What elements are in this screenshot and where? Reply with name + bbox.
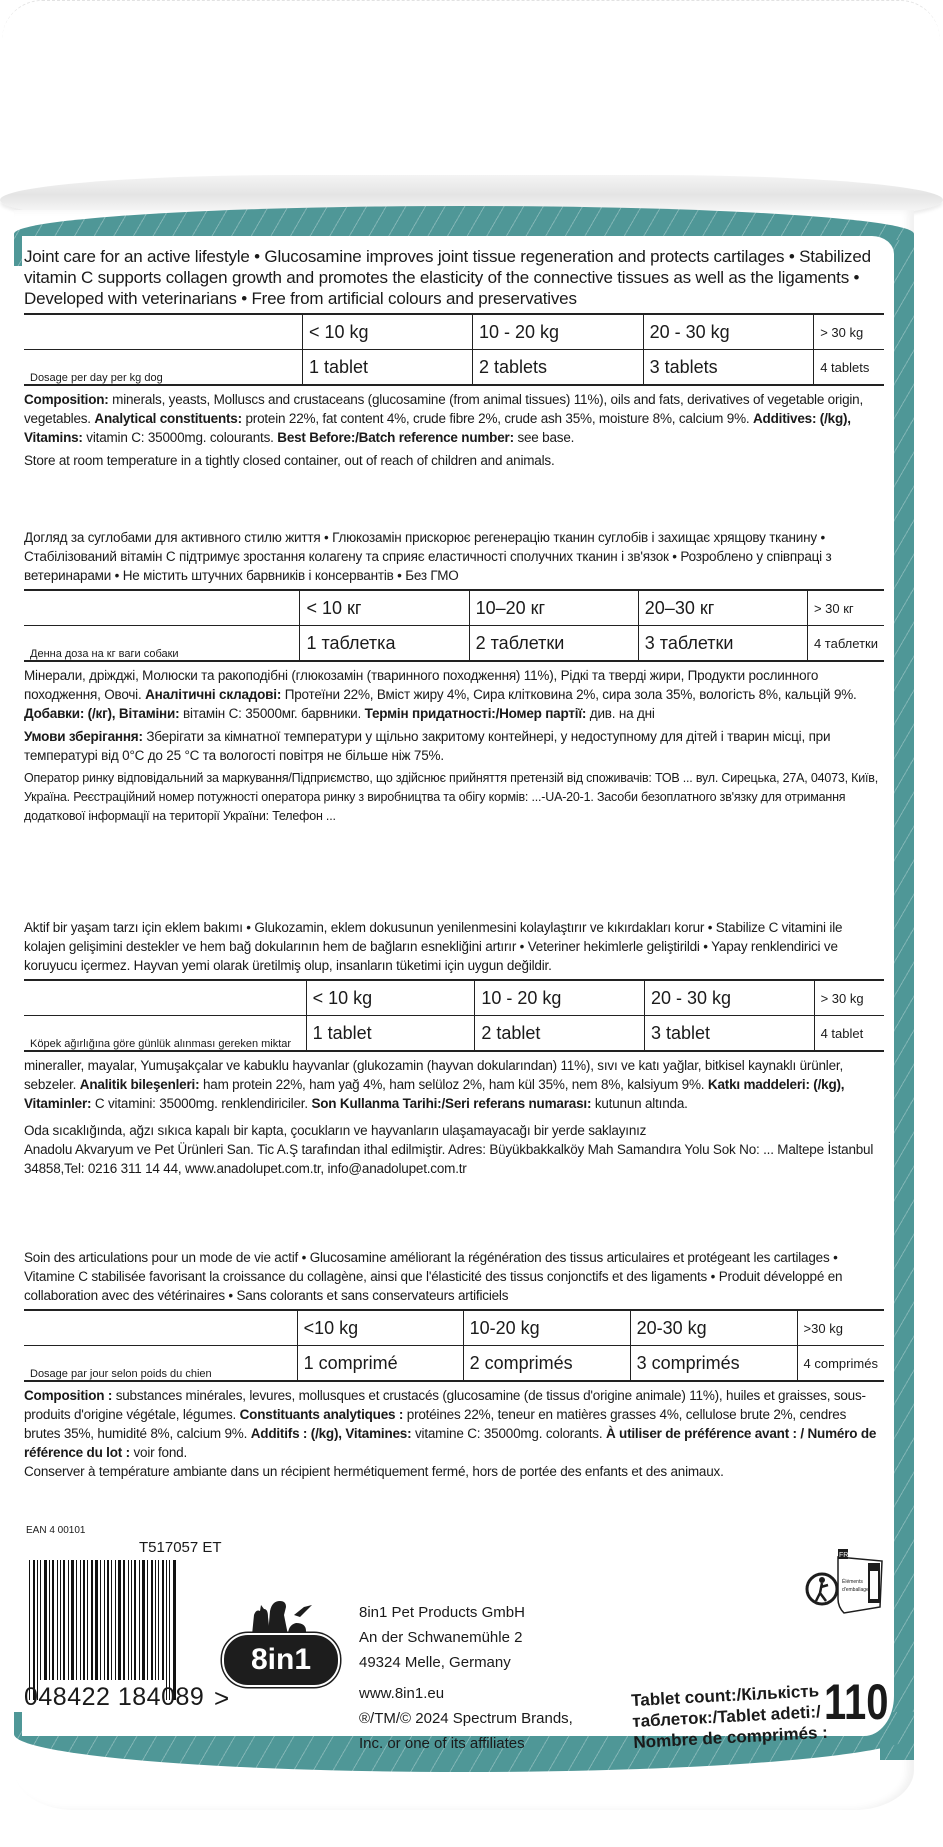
ean-label: EAN 4 00101	[26, 1525, 86, 1536]
table-row: <10 kg 10-20 kg 20-30 kg >30 kg	[24, 1310, 884, 1346]
svg-text:Éléments: Éléments	[842, 1578, 863, 1585]
ukrainian-operator: Оператор ринку відповідальний за маркува…	[24, 769, 884, 826]
table-row: Dosage par jour selon poids du chien 1 c…	[24, 1346, 884, 1382]
table-row: Dosage per day per kg dog 1 tablet 2 tab…	[24, 350, 884, 386]
french-intro: Soin des articulations pour un mode de v…	[24, 1248, 884, 1305]
barcode-arrow-icon: >	[214, 1683, 229, 1714]
french-composition: Composition : substances minérales, levu…	[24, 1386, 884, 1462]
website-link: www.8in1.eu	[359, 1681, 573, 1706]
turkish-dosage-table: < 10 kg 10 - 20 kg 20 - 30 kg > 30 kg Kö…	[24, 979, 884, 1052]
section-ukrainian: Догляд за суглобами для активного стилю …	[24, 528, 884, 826]
section-turkish: Aktif bir yaşam tarzı için eklem bakımı …	[24, 918, 884, 1178]
english-intro: Joint care for an active lifestyle • Glu…	[24, 246, 884, 309]
brand-logo: 8in1	[222, 1597, 340, 1687]
turkish-intro: Aktif bir yaşam tarzı için eklem bakımı …	[24, 918, 884, 975]
table-row: < 10 кг 10–20 кг 20–30 кг > 30 кг	[24, 590, 884, 626]
section-english: Joint care for an active lifestyle • Glu…	[24, 246, 884, 470]
ukrainian-intro: Догляд за суглобами для активного стилю …	[24, 528, 884, 585]
french-storage: Conserver à température ambiante dans un…	[24, 1462, 884, 1481]
ukrainian-composition: Мінерали, дріжджі, Молюски та ракоподібн…	[24, 666, 884, 723]
pets-silhouette-icon	[248, 1597, 314, 1635]
triman-recycling-icon: FR Éléments d'emballage	[804, 1547, 886, 1617]
table-row: < 10 kg 10 - 20 kg 20 - 30 kg > 30 kg	[24, 980, 884, 1016]
english-dosage-table: < 10 kg 10 - 20 kg 20 - 30 kg > 30 kg Do…	[24, 313, 884, 386]
turkish-storage: Oda sıcaklığında, ağzı sıkıca kapalı bir…	[24, 1121, 884, 1140]
lot-code: T517057 ET	[139, 1539, 222, 1556]
table-row: Köpek ağırlığına göre günlük alınması ge…	[24, 1016, 884, 1052]
svg-text:FR: FR	[839, 1552, 848, 1559]
ukrainian-storage: Умови зберігання: Зберігати за кімнатної…	[24, 727, 884, 765]
table-row: < 10 kg 10 - 20 kg 20 - 30 kg > 30 kg	[24, 314, 884, 350]
tablet-count-label: Tablet count:/Кількість таблеток:/Tablet…	[631, 1680, 829, 1753]
ukrainian-dosage-table: < 10 кг 10–20 кг 20–30 кг > 30 кг Денна …	[24, 589, 884, 662]
turkish-importer: Anadolu Akvaryum ve Pet Ürünleri San. Ti…	[24, 1140, 884, 1178]
barcode-number: 048422 184089	[24, 1683, 204, 1712]
company-info: 8in1 Pet Products GmbH An der Schwanemüh…	[359, 1600, 573, 1756]
turkish-composition: mineraller, mayalar, Yumuşakçalar ve kab…	[24, 1056, 884, 1113]
tablet-count-value: 110	[824, 1673, 889, 1731]
brand-logo-badge: 8in1	[222, 1633, 340, 1687]
english-composition: Composition: minerals, yeasts, Molluscs …	[24, 390, 884, 447]
french-dosage-table: <10 kg 10-20 kg 20-30 kg >30 kg Dosage p…	[24, 1309, 884, 1382]
english-storage: Store at room temperature in a tightly c…	[24, 451, 884, 470]
section-french: Soin des articulations pour un mode de v…	[24, 1248, 884, 1481]
svg-text:d'emballage: d'emballage	[842, 1587, 869, 1593]
table-row: Денна доза на кг ваги собаки 1 таблетка …	[24, 626, 884, 662]
label-footer: EAN 4 00101 T517057 ET 048422 184089 > 8…	[24, 1525, 884, 1725]
